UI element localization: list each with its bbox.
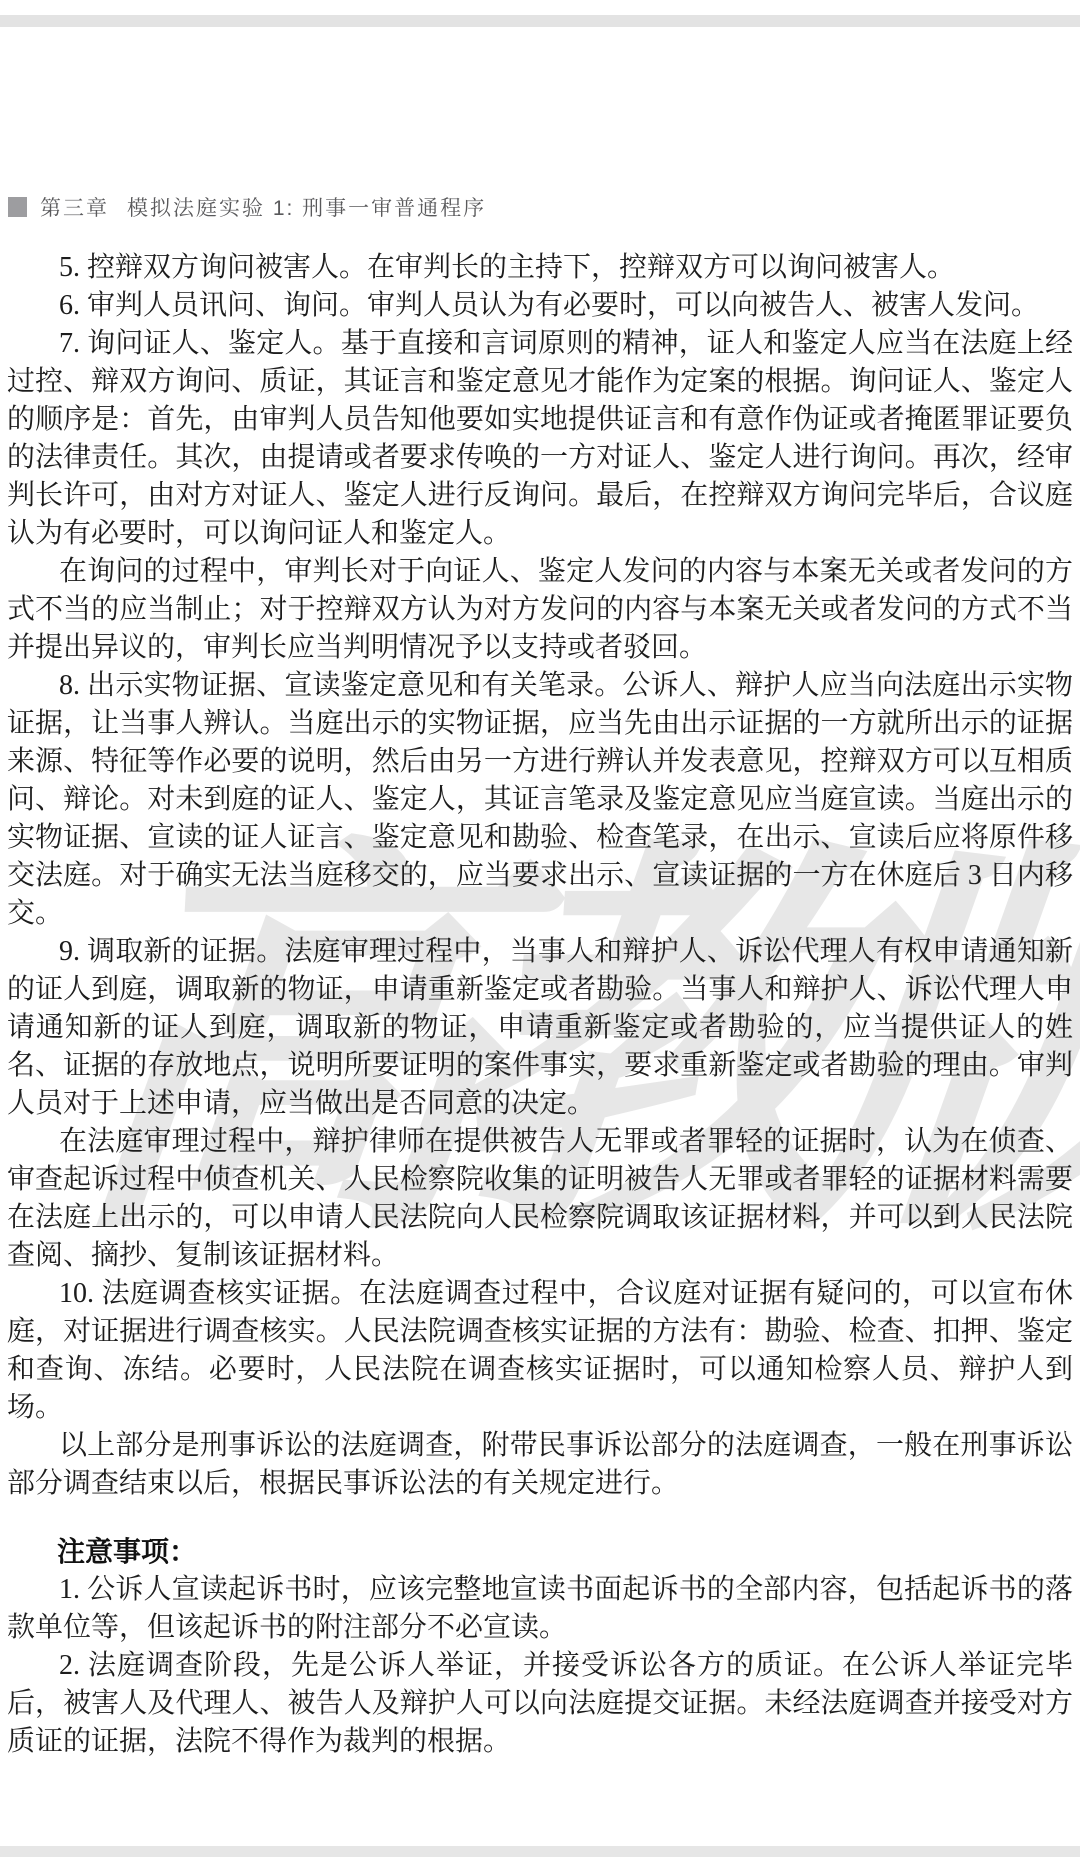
paragraph-10: 10. 法庭调查核实证据。在法庭调查过程中，合议庭对证据有疑问的，可以宣布休庭，…: [7, 1275, 1073, 1427]
paragraph-5: 5. 控辩双方询问被害人。在审判长的主持下，控辩双方可以询问被害人。: [7, 249, 1073, 287]
chapter-marker-icon: [8, 197, 27, 217]
paragraph-closing: 以上部分是刑事诉讼的法庭调查，附带民事诉讼部分的法庭调查，一般在刑事诉讼部分调查…: [7, 1427, 1073, 1503]
page-edge-bottom-bar: [0, 1846, 1080, 1857]
paragraph-6: 6. 审判人员讯问、询问。审判人员认为有必要时，可以向被告人、被害人发问。: [7, 287, 1073, 325]
chapter-label: 第三章: [40, 192, 109, 222]
document-body: 5. 控辩双方询问被害人。在审判长的主持下，控辩双方可以询问被害人。 6. 审判…: [7, 249, 1073, 1761]
notes-item-2: 2. 法庭调查阶段，先是公诉人举证，并接受诉讼各方的质证。在公诉人举证完毕后，被…: [7, 1647, 1073, 1761]
paragraph-8: 8. 出示实物证据、宣读鉴定意见和有关笔录。公诉人、辩护人应当向法庭出示实物证据…: [7, 667, 1073, 933]
notes-heading: 注意事项：: [7, 1533, 1073, 1571]
notes-item-1: 1. 公诉人宣读起诉书时，应该完整地宣读书面起诉书的全部内容，包括起诉书的落款单…: [7, 1571, 1073, 1647]
paragraph-7: 7. 询问证人、鉴定人。基于直接和言词原则的精神，证人和鉴定人应当在法庭上经过控…: [7, 325, 1073, 553]
paragraph-7-continued: 在询问的过程中，审判长对于向证人、鉴定人发问的内容与本案无关或者发问的方式不当的…: [7, 553, 1073, 667]
chapter-title: 模拟法庭实验 1: 刑事一审普通程序: [127, 192, 486, 222]
chapter-header: 第三章 模拟法庭实验 1: 刑事一审普通程序: [8, 192, 486, 222]
paragraph-9-continued: 在法庭审理过程中，辩护律师在提供被告人无罪或者罪轻的证据时，认为在侦查、审查起诉…: [7, 1123, 1073, 1275]
paragraph-9: 9. 调取新的证据。法庭审理过程中，当事人和辩护人、诉讼代理人有权申请通知新的证…: [7, 933, 1073, 1123]
page-edge-top-bar: [0, 15, 1080, 27]
